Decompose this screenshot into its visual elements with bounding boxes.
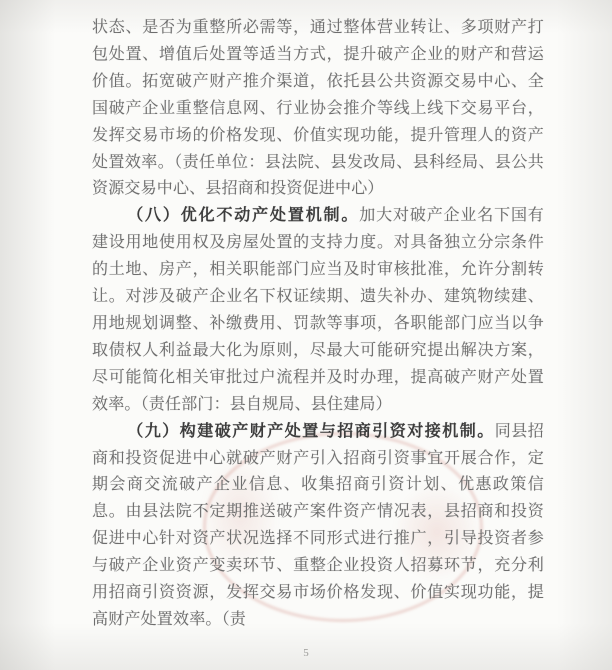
scanned-document-page: 状态、是否为重整所必需等，通过整体营业转让、多项财产打包处置、增值后处置等适当方… — [0, 0, 612, 670]
paragraph-heading: （八）优化不动产处置机制。 — [127, 207, 359, 224]
page-number: 5 — [0, 647, 612, 659]
document-text-block: 状态、是否为重整所必需等，通过整体营业转让、多项财产打包处置、增值后处置等适当方… — [92, 15, 544, 634]
paragraph-body: 同县招商和投资促进中心就破产财产引入招商引资事宜开展合作，定期会商交流破产企业信… — [92, 423, 544, 628]
paragraph-body: 加大对破产企业名下国有建设用地使用权及房屋处置的支持力度。对具备独立分宗条件的土… — [92, 207, 544, 412]
paragraph-heading: （九）构建破产财产处置与招商引资对接机制。 — [127, 423, 495, 440]
paragraph: （九）构建破产财产处置与招商引资对接机制。同县招商和投资促进中心就破产财产引入招… — [92, 419, 544, 634]
paragraph: 状态、是否为重整所必需等，通过整体营业转让、多项财产打包处置、增值后处置等适当方… — [92, 15, 544, 203]
paragraph: （八）优化不动产处置机制。加大对破产企业名下国有建设用地使用权及房屋处置的支持力… — [92, 203, 544, 418]
paragraph-body: 状态、是否为重整所必需等，通过整体营业转让、多项财产打包处置、增值后处置等适当方… — [92, 19, 544, 197]
